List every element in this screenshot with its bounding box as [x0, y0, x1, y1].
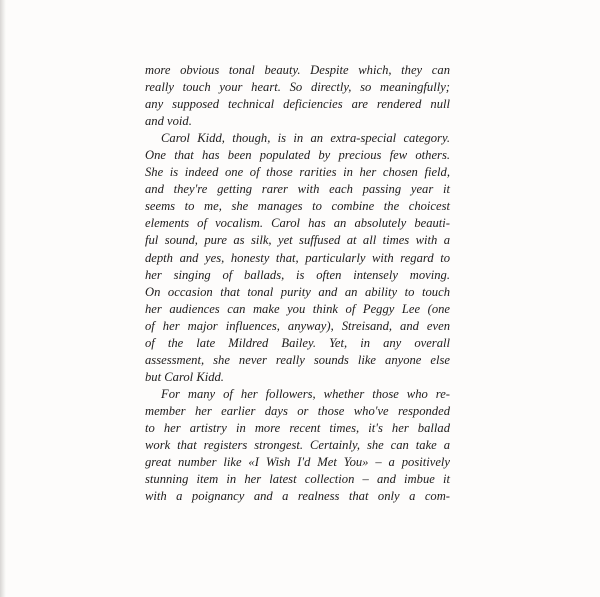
text-line: work that registers strongest. Certainly…	[145, 437, 450, 454]
text-line: stunning item in her latest collection –…	[145, 471, 450, 488]
text-line: elements of vocalism. Carol has an absol…	[145, 215, 450, 232]
text-line: of the late Mildred Bailey. Yet, in any …	[145, 335, 450, 352]
text-line: any supposed technical deficiencies are …	[145, 96, 450, 113]
text-line: with a poignancy and a realness that onl…	[145, 488, 450, 505]
text-line: great number like «I Wish I'd Met You» –…	[145, 454, 450, 471]
text-line: One that has been populated by precious …	[145, 147, 450, 164]
paragraph-3: For many of her followers, whether those…	[145, 386, 450, 505]
paragraph-1: more obvious tonal beauty. Despite which…	[145, 62, 450, 130]
paragraph-2: Carol Kidd, though, is in an extra-speci…	[145, 130, 450, 386]
text-line: ful sound, pure as silk, yet suffused at…	[145, 232, 450, 249]
text-line: depth and yes, honesty that, particularl…	[145, 250, 450, 267]
text-line: to her artistry in more recent times, it…	[145, 420, 450, 437]
text-line: assessment, she never really sounds like…	[145, 352, 450, 369]
page-edge-shadow	[0, 0, 6, 597]
text-line: her singing of ballads, is often intense…	[145, 267, 450, 284]
text-line: and they're getting rarer with each pass…	[145, 181, 450, 198]
text-line: really touch your heart. So directly, so…	[145, 79, 450, 96]
text-line: of her major influences, anyway), Streis…	[145, 318, 450, 335]
text-line: For many of her followers, whether those…	[145, 386, 450, 403]
body-text: more obvious tonal beauty. Despite which…	[145, 62, 450, 505]
text-line: member her earlier days or those who've …	[145, 403, 450, 420]
text-line: On occasion that tonal purity and an abi…	[145, 284, 450, 301]
text-line: and void.	[145, 113, 450, 130]
text-line: Carol Kidd, though, is in an extra-speci…	[145, 130, 450, 147]
text-line: more obvious tonal beauty. Despite which…	[145, 62, 450, 79]
text-line: seems to me, she manages to combine the …	[145, 198, 450, 215]
text-line: her audiences can make you think of Pegg…	[145, 301, 450, 318]
text-line: She is indeed one of those rarities in h…	[145, 164, 450, 181]
text-line: but Carol Kidd.	[145, 369, 450, 386]
